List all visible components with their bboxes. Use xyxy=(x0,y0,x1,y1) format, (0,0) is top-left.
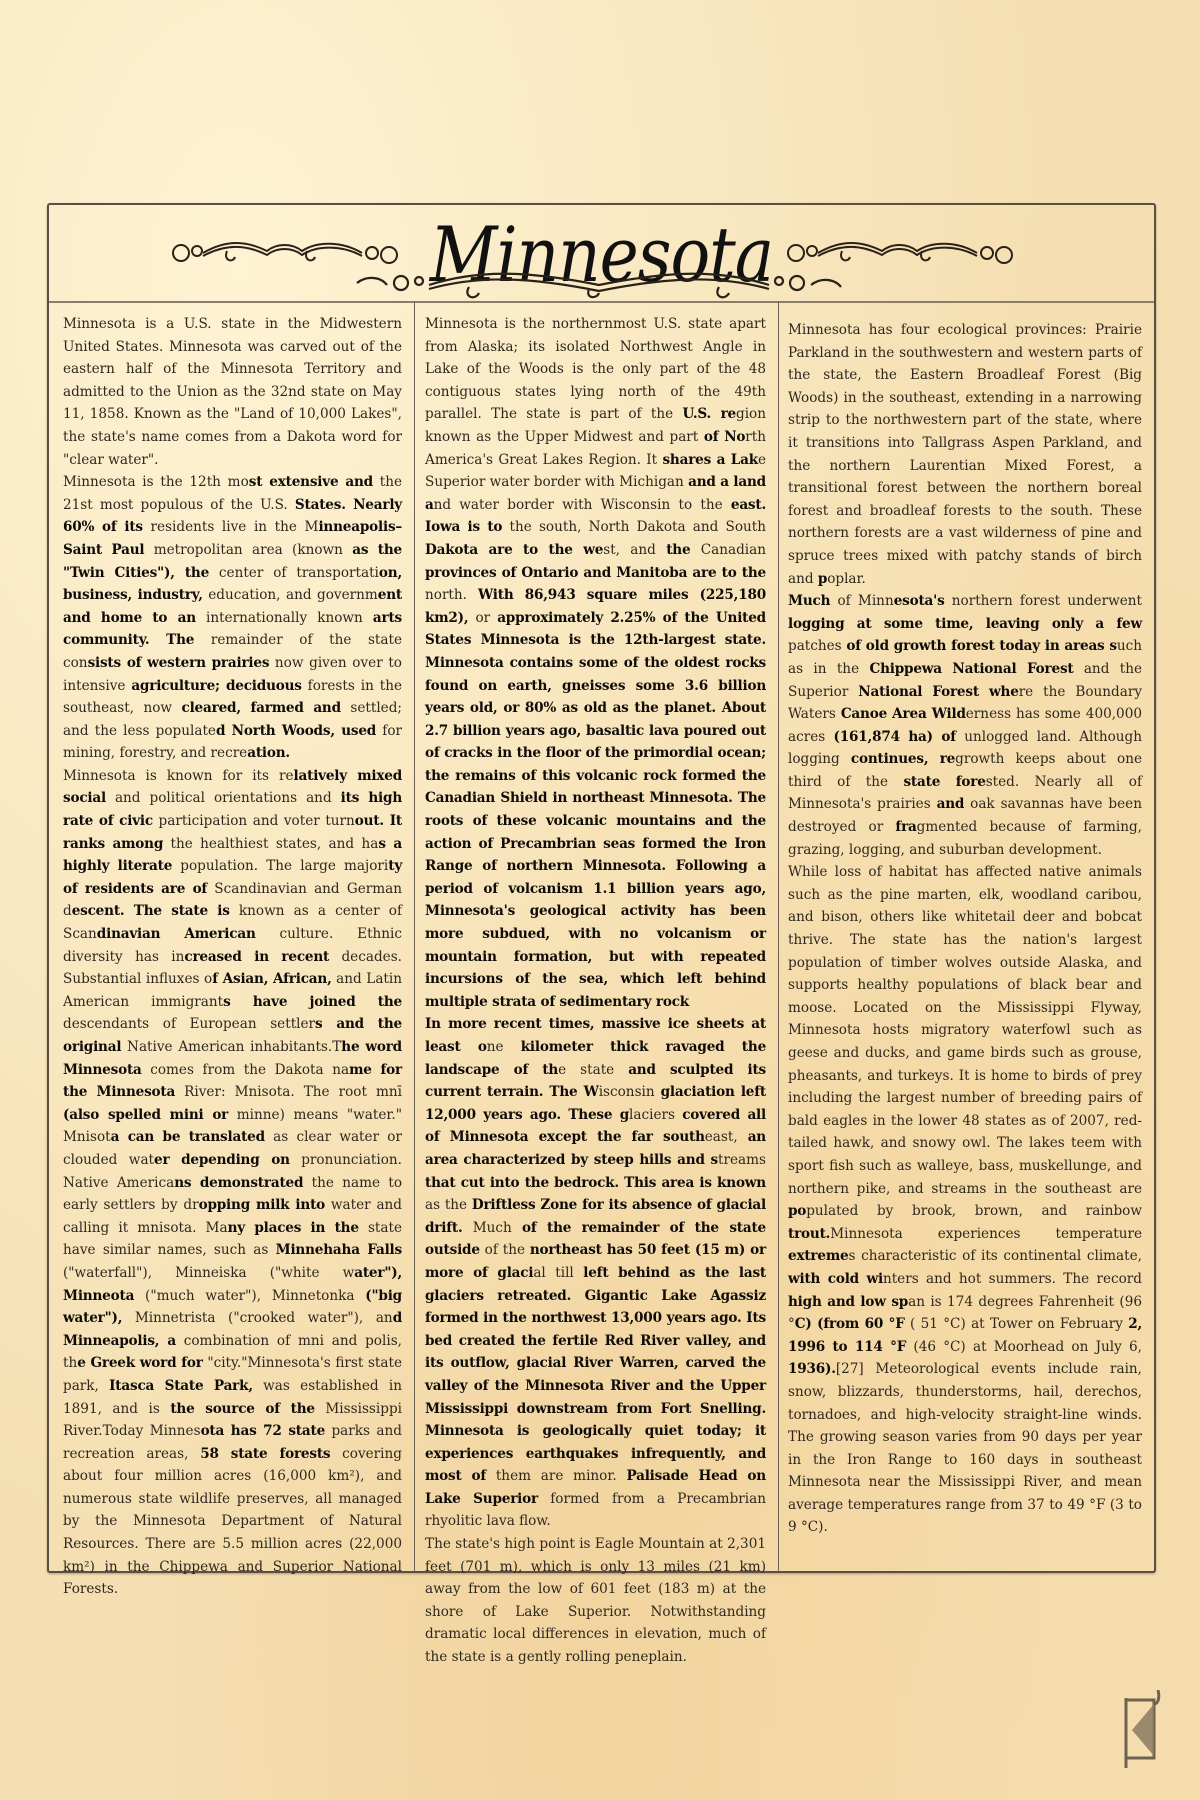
text-run: ("much water"), Minnetonka xyxy=(134,1288,365,1304)
text-run: Minnesota has four ecological provinces:… xyxy=(788,322,1142,587)
text-run: While loss of habitat has affected nativ… xyxy=(788,864,1142,1196)
text-run: internationally known xyxy=(196,610,373,626)
text-run: oplar. xyxy=(827,571,866,587)
text-run: northern forest underwent xyxy=(945,593,1142,609)
bold-text-run: p xyxy=(818,571,827,587)
text-run: Much xyxy=(463,1220,523,1236)
bold-text-run: left behind as the last glaciers retreat… xyxy=(425,1265,766,1484)
bold-text-run: National Forest whe xyxy=(858,684,1018,700)
article-columns: Minnesota is a U.S. state in the Midwest… xyxy=(49,301,1154,1571)
bold-text-run: st extensive and xyxy=(249,474,373,490)
bold-text-run: shares a Lak xyxy=(662,452,757,468)
text-run: as the xyxy=(425,1197,472,1213)
paragraph: Minnesota is the 12th most extensive and… xyxy=(63,471,402,765)
text-run: residents live in the M xyxy=(143,519,319,535)
bold-text-run: po xyxy=(788,1203,806,1219)
text-run: Minnesota is a U.S. state in the Midwest… xyxy=(63,316,402,468)
bold-text-run: (161,874 ha) of xyxy=(834,729,956,745)
text-run: ( 51 °C) at Tower on February xyxy=(905,1316,1129,1332)
bold-text-run: 1936). xyxy=(788,1361,836,1377)
text-run: descendants of European settler xyxy=(63,1016,315,1032)
bold-text-run: cleared, farmed and xyxy=(182,700,341,716)
text-run: education, and governm xyxy=(203,587,378,603)
bold-text-run: C) (from 60 °F xyxy=(795,1316,905,1332)
text-run: isconsin xyxy=(599,1084,661,1100)
bold-text-run: of old growth forest today in areas s xyxy=(846,638,1117,654)
bold-text-run: with cold wi xyxy=(788,1271,883,1287)
text-run: treams xyxy=(718,1152,766,1168)
bold-text-run: logging at some time, leaving only a few xyxy=(788,616,1142,632)
text-run: Minnesota experiences temperature xyxy=(830,1226,1142,1242)
bold-text-run: opping milk into xyxy=(199,1197,325,1213)
bold-text-run: e Greek word for xyxy=(77,1355,203,1371)
bold-text-run: creased in recent xyxy=(184,949,329,965)
text-run: the healthiest states, and ha xyxy=(163,836,378,852)
bold-text-run: (also spelled mini or xyxy=(63,1107,228,1123)
bold-text-run: ation. xyxy=(247,745,290,761)
bold-text-run: Itasca State Park, xyxy=(109,1378,253,1394)
bold-text-run: the source of the xyxy=(170,1401,315,1417)
text-run: population. The large majori xyxy=(172,858,388,874)
text-run: nters and hot summers. The record xyxy=(883,1271,1142,1287)
text-run: and political orientations and xyxy=(106,790,341,806)
article-frame: Minnesota Minnesota is a U.S. sta xyxy=(47,203,1156,1573)
text-run: ne xyxy=(487,1039,521,1055)
bold-text-run: sists of western prairies xyxy=(88,655,270,671)
text-run: patches xyxy=(788,638,846,654)
text-run: Native American inhabitants.T xyxy=(121,1039,341,1055)
bold-text-run: Dakota are to the we xyxy=(425,542,603,558)
bold-text-run: ns demonstrated xyxy=(174,1175,303,1191)
bookmark-logo-icon xyxy=(1122,1690,1162,1770)
text-run: participation and voter turn xyxy=(153,813,355,829)
text-run: center of transportati xyxy=(209,565,379,581)
column-2: Minnesota is the northernmost U.S. state… xyxy=(415,301,779,1571)
bold-text-run: f Asian, African, xyxy=(212,971,331,987)
bold-text-run: escent. The state is xyxy=(72,903,230,919)
bold-text-run: Chippewa National Forest xyxy=(869,661,1073,677)
text-run: pulated by brook, brown, and rainbow xyxy=(806,1203,1142,1219)
paragraph: While loss of habitat has affected nativ… xyxy=(788,861,1142,1539)
flourish-under-title-icon xyxy=(349,267,849,301)
text-run: metropolitan area (known xyxy=(144,542,352,558)
column-3: Minnesota has four ecological provinces:… xyxy=(779,301,1154,1571)
text-run: Canadian xyxy=(690,542,766,558)
bold-text-run: the xyxy=(666,542,690,558)
text-run: The state's high point is Eagle Mountain… xyxy=(425,1536,766,1665)
bold-text-run: approximately 2.25% of the United States… xyxy=(425,610,766,1010)
text-run: s characteristic of its continental clim… xyxy=(848,1248,1142,1264)
bold-text-run: a can be translated xyxy=(111,1129,265,1145)
bold-text-run: d North Woods, used xyxy=(216,723,376,739)
text-run: north. xyxy=(425,587,478,603)
bold-text-run: continues, re xyxy=(851,751,955,767)
bold-text-run: Minnehaha Falls xyxy=(276,1242,402,1258)
bold-text-run: trout. xyxy=(788,1226,830,1242)
text-run: laciers xyxy=(629,1107,682,1123)
bold-text-run: and xyxy=(937,796,965,812)
text-run: of the xyxy=(480,1242,530,1258)
paragraph: Minnesota has four ecological provinces:… xyxy=(788,319,1142,590)
text-run: east, xyxy=(705,1129,748,1145)
paragraph: In more recent times, massive ice sheets… xyxy=(425,1013,766,1533)
text-run: Minnesota is the 12th mo xyxy=(63,474,249,490)
bold-text-run: provinces of Ontario and Manitoba are to… xyxy=(425,565,766,581)
text-run: ("waterfall"), Minneiska ("white w xyxy=(63,1265,354,1281)
bold-text-run: Much xyxy=(788,593,830,609)
bold-text-run: ota has 72 state xyxy=(201,1423,325,1439)
text-run: Minnesota is known for its re xyxy=(63,768,294,784)
text-run: or xyxy=(468,610,497,626)
text-run: [27] Meteorological events include rain,… xyxy=(788,1361,1142,1535)
bold-text-run: U.S. re xyxy=(682,406,736,422)
text-run: Minnetrista ("crooked water"), an xyxy=(122,1310,392,1326)
bold-text-run: high and low sp xyxy=(788,1294,908,1310)
paragraph: Minnesota is a U.S. state in the Midwest… xyxy=(63,313,402,471)
text-run: River: Mnisota. The root mnī xyxy=(175,1084,402,1100)
paragraph: Minnesota is known for its relatively mi… xyxy=(63,765,402,1601)
paragraph: Much of Minnesota's northern forest unde… xyxy=(788,590,1142,861)
text-run: e state xyxy=(558,1062,628,1078)
title-banner: Minnesota xyxy=(49,205,1154,303)
text-run: al till xyxy=(533,1265,583,1281)
paragraph: The state's high point is Eagle Mountain… xyxy=(425,1533,766,1669)
bold-text-run: dinavian American xyxy=(97,926,256,942)
bold-text-run: Canoe Area Wild xyxy=(841,706,966,722)
text-run: them are minor. xyxy=(486,1468,626,1484)
bold-text-run: fra xyxy=(895,819,916,835)
paragraph: Minnesota is the northernmost U.S. state… xyxy=(425,313,766,1013)
bold-text-run: agriculture; deciduous xyxy=(131,678,301,694)
text-run: st, and xyxy=(603,542,666,558)
bold-text-run: s have joined the xyxy=(223,994,402,1010)
bold-text-run: er depending on xyxy=(154,1152,290,1168)
text-run: nd water border with Wisconsin to the xyxy=(434,497,731,513)
bold-text-run: of No xyxy=(704,429,745,445)
column-1: Minnesota is a U.S. state in the Midwest… xyxy=(49,301,415,1571)
text-run: the south, North Dakota and South xyxy=(502,519,766,535)
bold-text-run: extreme xyxy=(788,1248,848,1264)
text-run: covering about four million acres (16,00… xyxy=(63,1446,402,1598)
bold-text-run: esota's xyxy=(894,593,945,609)
text-run: of Minn xyxy=(830,593,893,609)
text-run: comes from the Dakota na xyxy=(142,1062,349,1078)
bold-text-run: ny places in the xyxy=(228,1220,359,1236)
text-run: (46 °C) at Moorhead on July 6, xyxy=(906,1339,1142,1355)
bold-text-run: that cut into the bedrock. This area is … xyxy=(425,1175,766,1191)
bold-text-run: 58 state forests xyxy=(200,1446,330,1462)
bold-text-run: state fore xyxy=(903,774,985,790)
